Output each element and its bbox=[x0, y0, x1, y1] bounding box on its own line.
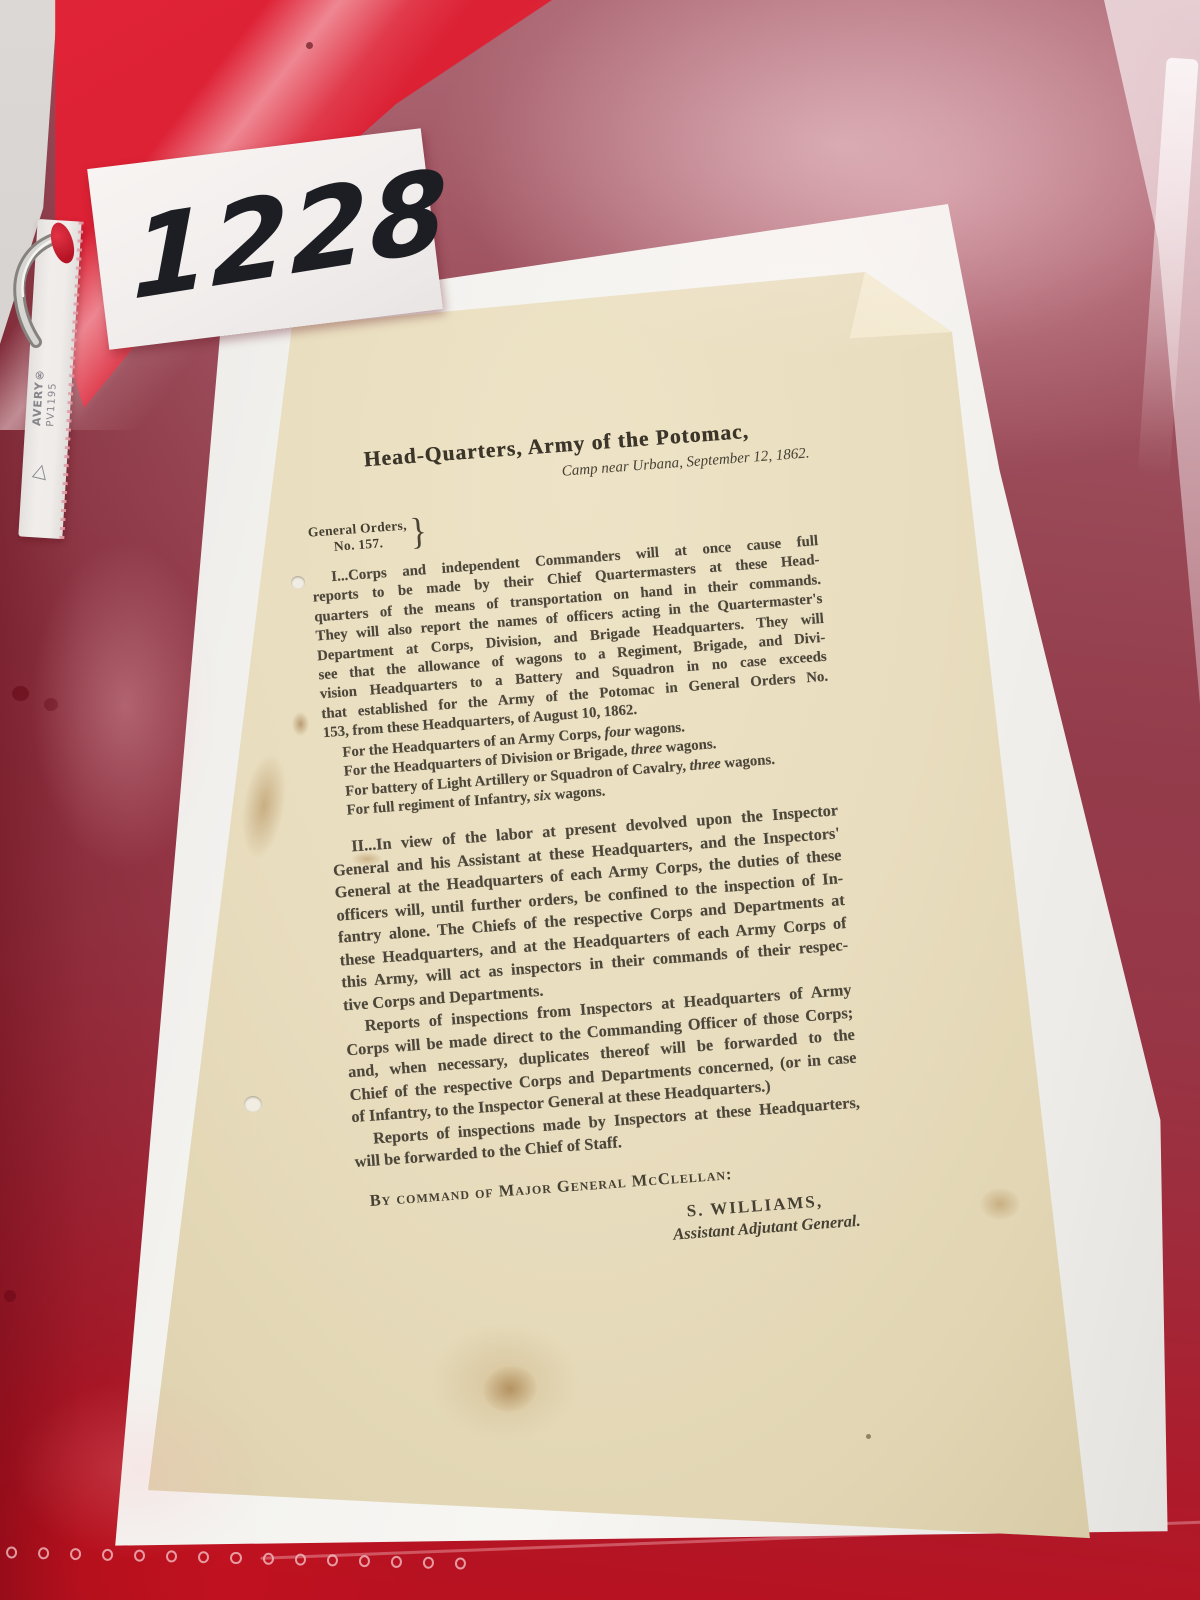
binder-spot bbox=[12, 686, 29, 701]
recycling-triangle-icon: △ bbox=[31, 458, 50, 483]
order-number-heading: General Orders, No. 157. } bbox=[307, 513, 428, 560]
avery-product-code: PV1195 bbox=[45, 368, 60, 427]
handwritten-catalog-number: 1228 bbox=[98, 145, 449, 331]
paper-stain bbox=[980, 1188, 1020, 1220]
paper-stain bbox=[292, 712, 309, 736]
spine-print: AVERY® PV1195 bbox=[30, 367, 60, 427]
binder-spot bbox=[44, 698, 58, 711]
printed-order-text: Head-Quarters, Army of the Potomac, Camp… bbox=[302, 414, 869, 1267]
brace-glyph: } bbox=[409, 511, 428, 554]
binder-spot bbox=[4, 1290, 16, 1302]
avery-brand-text: AVERY® bbox=[30, 367, 47, 426]
sleeve-perforation-dots bbox=[6, 1546, 466, 1569]
paper-hole bbox=[291, 576, 305, 589]
photo-of-archival-document: AVERY® PV1195 △ Head-Quarters, Army of t… bbox=[0, 0, 1200, 1600]
paper-hole bbox=[244, 1096, 262, 1112]
paper-speck bbox=[866, 1434, 871, 1439]
binder-spot bbox=[306, 42, 313, 49]
